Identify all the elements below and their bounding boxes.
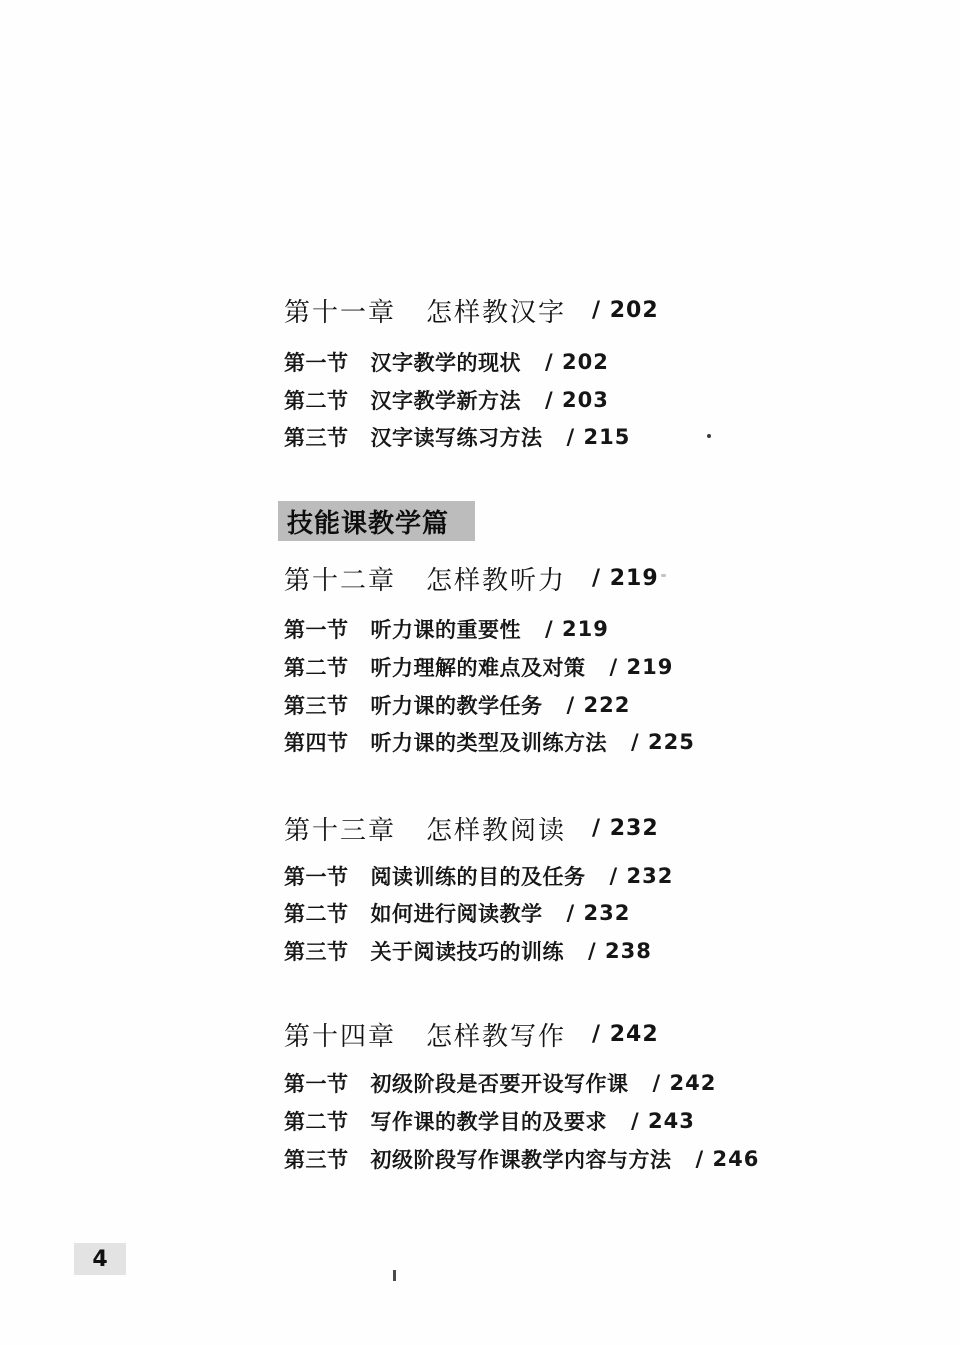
chapter-title: 怎样教汉字	[426, 292, 566, 329]
section-label: 第一节	[284, 347, 349, 377]
toc-chapter-row: 第十二章 怎样教听力 / 219	[284, 559, 659, 597]
section-label: 第三节	[284, 690, 349, 720]
section-page-ref: / 242	[653, 1071, 717, 1095]
toc-chapter-row: 第十一章 怎样教汉字 / 202	[284, 291, 659, 329]
toc-section-row: 第三节 初级阶段写作课教学内容与方法 / 246	[284, 1140, 759, 1178]
toc-section-row: 第三节 汉字读写练习方法 / 215	[284, 418, 630, 456]
section-page-ref: / 232	[567, 901, 631, 925]
section-page-ref: / 219	[610, 655, 674, 679]
chapter-label: 第十一章	[284, 292, 396, 329]
section-title: 如何进行阅读教学	[371, 898, 543, 928]
section-label: 第四节	[284, 727, 349, 757]
section-page-ref: / 203	[545, 388, 609, 412]
section-title: 初级阶段写作课教学内容与方法	[371, 1144, 672, 1174]
chapter-title: 怎样教写作	[426, 1016, 566, 1053]
chapter-label: 第十二章	[284, 560, 396, 597]
toc-section-row: 第一节 初级阶段是否要开设写作课 / 242	[284, 1064, 716, 1102]
scanned-toc-page: 第十一章 怎样教汉字 / 202 第一节 汉字教学的现状 / 202 第二节 汉…	[0, 0, 960, 1345]
scan-artifact-dot	[707, 434, 711, 438]
toc-section-row: 第二节 汉字教学新方法 / 203	[284, 381, 609, 419]
section-title: 阅读训练的目的及任务	[371, 861, 586, 891]
section-label: 第二节	[284, 1106, 349, 1136]
section-label: 第二节	[284, 652, 349, 682]
section-label: 第三节	[284, 422, 349, 452]
section-label: 第一节	[284, 614, 349, 644]
toc-chapter-row: 第十三章 怎样教阅读 / 232	[284, 809, 659, 847]
section-page-ref: / 202	[545, 350, 609, 374]
section-title: 汉字教学新方法	[371, 385, 522, 415]
section-label: 第一节	[284, 861, 349, 891]
toc-section-row: 第三节 听力课的教学任务 / 222	[284, 686, 630, 724]
toc-section-row: 第二节 写作课的教学目的及要求 / 243	[284, 1102, 695, 1140]
section-page-ref: / 222	[567, 693, 631, 717]
chapter-label: 第十三章	[284, 810, 396, 847]
chapter-page-ref: / 219	[592, 566, 659, 591]
section-label: 第三节	[284, 936, 349, 966]
chapter-title: 怎样教阅读	[426, 810, 566, 847]
scan-artifact-faint-dot	[661, 574, 666, 577]
section-title: 初级阶段是否要开设写作课	[371, 1068, 629, 1098]
section-page-ref: / 243	[631, 1109, 695, 1133]
section-title: 关于阅读技巧的训练	[371, 936, 565, 966]
chapter-title: 怎样教听力	[426, 560, 566, 597]
chapter-page-ref: / 232	[592, 816, 659, 841]
section-title: 汉字教学的现状	[371, 347, 522, 377]
section-title: 听力理解的难点及对策	[371, 652, 586, 682]
chapter-label: 第十四章	[284, 1016, 396, 1053]
part-header: 技能课教学篇	[278, 501, 475, 541]
chapter-page-ref: / 242	[592, 1022, 659, 1047]
toc-section-row: 第一节 听力课的重要性 / 219	[284, 610, 609, 648]
scan-artifact-tick	[393, 1270, 396, 1281]
section-page-ref: / 219	[545, 617, 609, 641]
toc-section-row: 第一节 汉字教学的现状 / 202	[284, 343, 609, 381]
chapter-page-ref: / 202	[592, 298, 659, 323]
section-title: 写作课的教学目的及要求	[371, 1106, 608, 1136]
section-title: 听力课的重要性	[371, 614, 522, 644]
section-page-ref: / 232	[610, 864, 674, 888]
toc-chapter-row: 第十四章 怎样教写作 / 242	[284, 1015, 659, 1053]
toc-section-row: 第二节 听力理解的难点及对策 / 219	[284, 648, 673, 686]
toc-section-row: 第三节 关于阅读技巧的训练 / 238	[284, 932, 652, 970]
section-page-ref: / 238	[588, 939, 652, 963]
section-page-ref: / 225	[631, 730, 695, 754]
section-label: 第二节	[284, 898, 349, 928]
toc-section-row: 第一节 阅读训练的目的及任务 / 232	[284, 857, 673, 895]
page-number: 4	[74, 1243, 126, 1275]
section-title: 汉字读写练习方法	[371, 422, 543, 452]
section-title: 听力课的类型及训练方法	[371, 727, 608, 757]
section-label: 第三节	[284, 1144, 349, 1174]
toc-section-row: 第四节 听力课的类型及训练方法 / 225	[284, 723, 695, 761]
toc-section-row: 第二节 如何进行阅读教学 / 232	[284, 894, 630, 932]
section-title: 听力课的教学任务	[371, 690, 543, 720]
section-label: 第二节	[284, 385, 349, 415]
section-label: 第一节	[284, 1068, 349, 1098]
section-page-ref: / 215	[567, 425, 631, 449]
section-page-ref: / 246	[696, 1147, 760, 1171]
